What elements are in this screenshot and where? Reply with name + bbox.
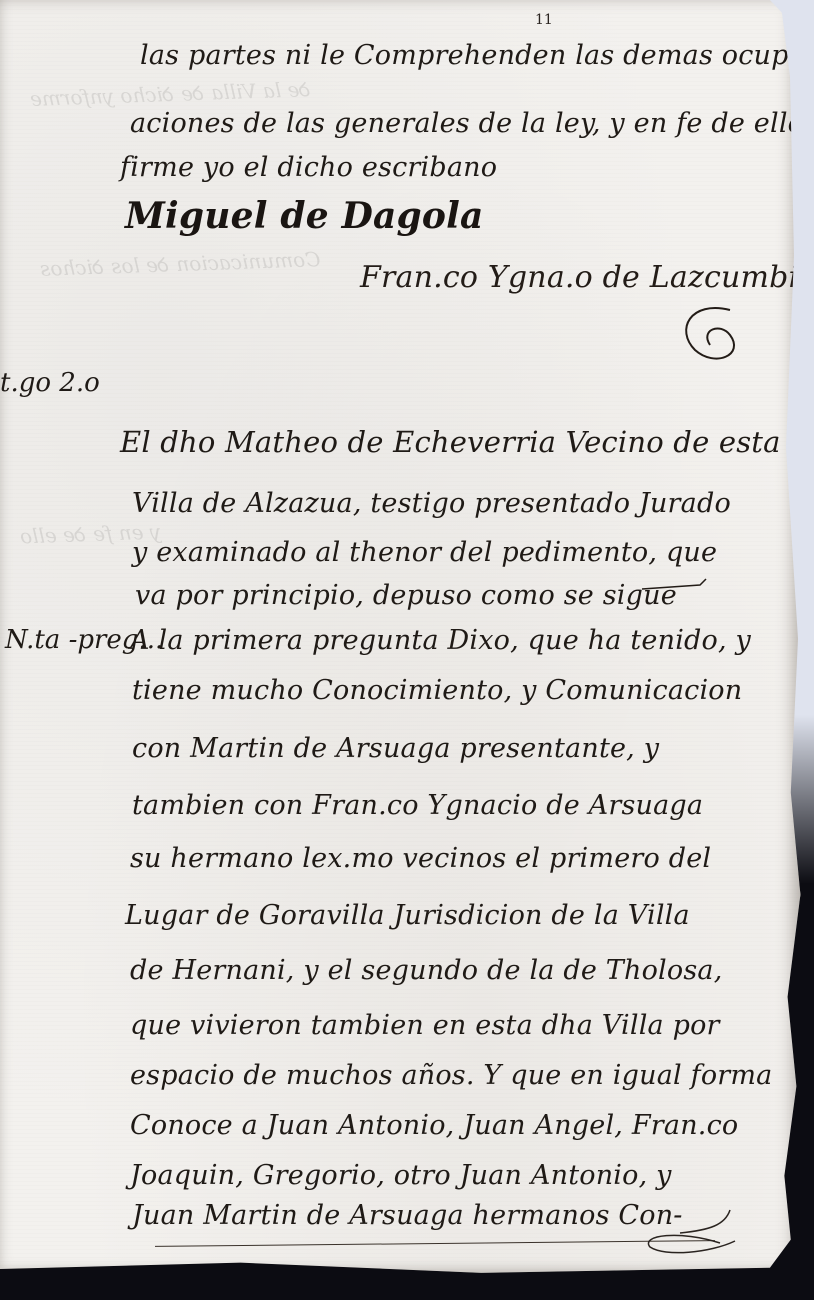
closing-flourish-icon [620, 1205, 740, 1265]
testimony-line-5: A la primera pregunta Dixo, que ha tenid… [130, 625, 751, 656]
testimony-line-12: que vivieron tambien en esta dha Villa p… [130, 1010, 720, 1041]
testimony-line-11: de Hernani, y el segundo de la de Tholos… [130, 955, 723, 986]
text-line-3: firme yo el dicho escribano [120, 152, 497, 183]
testimony-line-8: tambien con Fran.co Ygnacio de Arsuaga [132, 790, 703, 821]
testimony-line-3: y examinado al thenor del pedimento, que [132, 537, 717, 568]
text-line-2: aciones de las generales de la ley, y en… [130, 108, 804, 139]
manuscript-page: ꝺe la Villa ꝺe ꝺicho ynforme Comunicacio… [0, 0, 802, 1278]
bleed-through-text: Comunicacion ꝺe los ꝺichos [40, 245, 321, 282]
bleed-through-text: ꝺe la Villa ꝺe ꝺicho ynforme [30, 75, 312, 112]
line-end-flourish-icon [640, 575, 710, 595]
testimony-line-6: tiene mucho Conocimiento, y Comunicacion [132, 675, 742, 706]
testimony-line-16: Juan Martin de Arsuaga hermanos Con- [132, 1200, 683, 1231]
testimony-line-9: su hermano lex.mo vecinos el primero del [130, 843, 711, 874]
testimony-line-15: Joaquin, Gregorio, otro Juan Antonio, y [130, 1160, 672, 1191]
testimony-line-7: con Martin de Arsuaga presentante, y [132, 733, 659, 764]
text-line-1: las partes ni le Comprehenden las demas … [140, 40, 798, 71]
margin-note-witness: t.go 2.o [0, 368, 100, 398]
signature-2: Fran.co Ygna.o de Lazcumbide [360, 260, 814, 295]
testimony-line-2: Villa de Alzazua, testigo presentado Jur… [132, 488, 731, 519]
testimony-line-4: va por principio, depuso como se sigue [135, 580, 677, 611]
signature-1: Miguel de Dagola [125, 195, 484, 237]
testimony-line-13: espacio de muchos años. Y que en igual f… [130, 1060, 772, 1091]
signature-rubric-icon [670, 300, 750, 370]
folio-number: 11 [535, 12, 553, 28]
testimony-line-10: Lugar de Goravilla Jurisdicion de la Vil… [125, 900, 690, 931]
testimony-line-1: El dho Matheo de Echeverria Vecino de es… [120, 425, 781, 459]
testimony-line-14: Conoce a Juan Antonio, Juan Angel, Fran.… [130, 1110, 738, 1141]
